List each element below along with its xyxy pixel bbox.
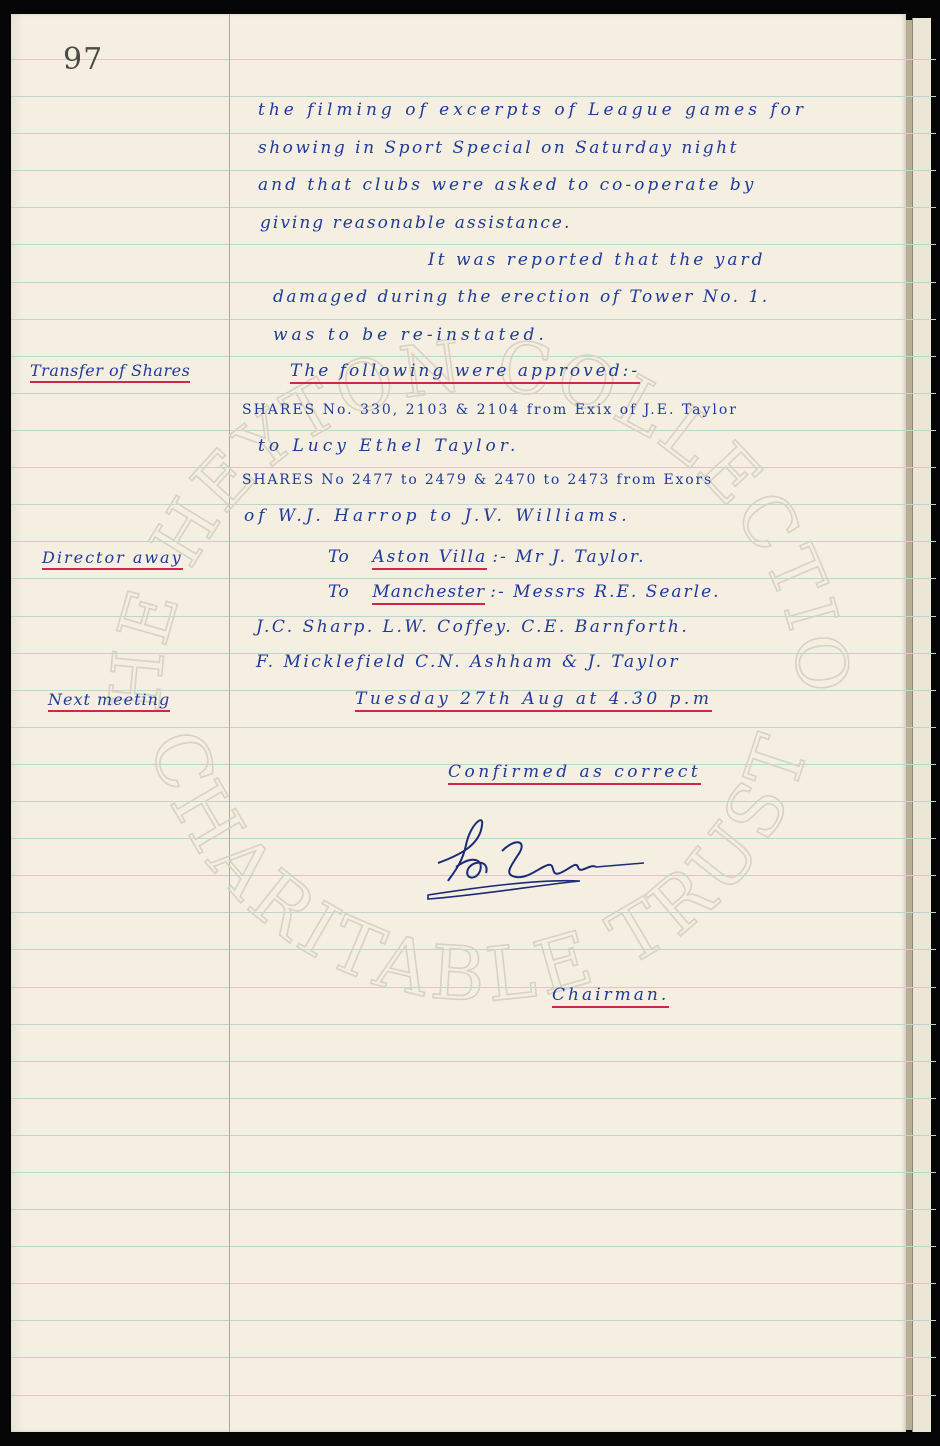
ruled-line [11,727,936,728]
body-line: the filming of excerpts of League games … [258,100,807,120]
ruled-line [11,801,936,802]
director-manchester: To Manchester :- Messrs R.E. Searle. [328,582,721,602]
body-line: It was reported that the yard [428,250,766,270]
body-line: and that clubs were asked to co-operate … [258,175,756,195]
margin-note-next-meeting: Next meeting [48,690,170,712]
ruled-line [11,393,936,394]
ruled-line [11,356,936,357]
confirmed-as-correct: Confirmed as correct [448,762,701,785]
ruled-line [11,244,936,245]
ruled-line [11,987,936,988]
ruled-line [11,912,936,913]
ruled-line [11,319,936,320]
next-page-edge [912,18,931,1432]
director-names-line: F. Micklefield C.N. Ashham & J. Taylor [256,652,680,672]
ruled-line [11,467,936,468]
ruled-line [11,1024,936,1025]
director-manchester-prefix: To [328,582,349,602]
ruled-line [11,207,936,208]
ruled-line [11,282,936,283]
share-line: of W.J. Harrop to J.V. Williams. [244,506,631,526]
director-manchester-place: Manchester [372,582,485,605]
chairman-label: Chairman. [552,985,669,1008]
ruled-line [11,96,936,97]
ruled-line [11,170,936,171]
ruled-line [11,1246,936,1247]
ruled-line [11,1135,936,1136]
ruled-line [11,1283,936,1284]
share-line: to Lucy Ethel Taylor. [258,436,519,456]
share-line: SHARES No 2477 to 2479 & 2470 to 2473 fr… [242,472,713,488]
margin-line [229,14,230,1432]
transfer-heading: The following were approved:- [290,361,640,384]
body-line: giving reasonable assistance. [260,213,571,233]
ruled-line [11,59,936,60]
director-aston-prefix: To [328,547,349,567]
ruled-line [11,504,936,505]
margin-note-director-away: Director away [42,548,183,570]
director-names-line: J.C. Sharp. L.W. Coffey. C.E. Barnforth. [256,617,689,637]
ruled-line [11,1395,936,1396]
ruled-line [11,1209,936,1210]
ruled-line [11,541,936,542]
next-meeting-date: Tuesday 27th Aug at 4.30 p.m [355,689,712,712]
body-line: was to be re-instated. [273,325,548,345]
ruled-line [11,1061,936,1062]
director-manchester-rest: :- Messrs R.E. Searle. [490,582,720,602]
signature-name: R.E. Searle [420,815,426,816]
director-aston-place: Aston Villa [372,547,487,570]
ruled-line [11,1320,936,1321]
director-aston-villa: To Aston Villa :- Mr J. Taylor. [328,547,646,567]
margin-note-transfer-of-shares: Transfer of Shares [30,361,190,383]
director-aston-rest: :- Mr J. Taylor. [492,547,645,567]
ruled-line [11,1098,936,1099]
chairman-signature: R.E. Searle [420,815,660,905]
body-line: damaged during the erection of Tower No.… [273,287,770,307]
share-line: SHARES No. 330, 2103 & 2104 from Exix of… [242,402,738,418]
page-number: 97 [63,42,103,77]
ruled-line [11,430,936,431]
ruled-line [11,133,936,134]
body-line: showing in Sport Special on Saturday nig… [258,138,739,158]
ruled-line [11,1357,936,1358]
ruled-line [11,578,936,579]
ruled-line [11,1172,936,1173]
ruled-line [11,949,936,950]
